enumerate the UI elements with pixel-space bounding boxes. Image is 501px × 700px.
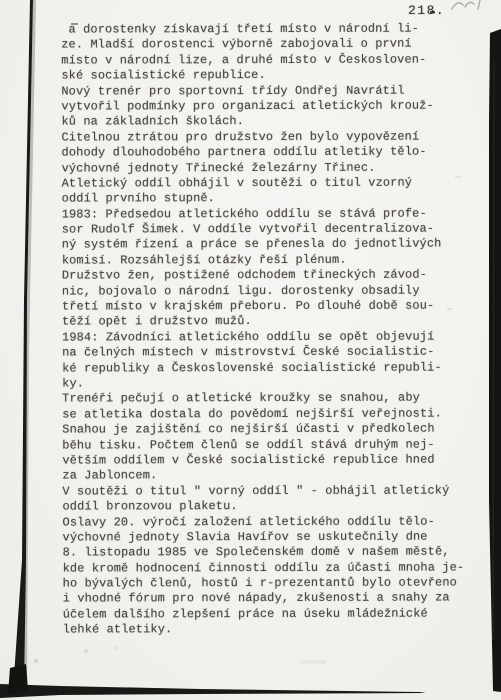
typed-line: ské socialistické republice. (61, 68, 471, 84)
typed-line: oddíl bronzovou plaketu. (62, 499, 472, 515)
typed-line: místo v národní lize, a druhé místo v Če… (61, 52, 471, 68)
typed-line: Družstvo žen, postižené odchodem třineck… (62, 268, 472, 284)
typed-line: běhu tisku. Počtem členů se oddíl stává … (62, 437, 472, 453)
typed-line: ho bývalých členů, hostů i r-prezentantů… (63, 576, 473, 592)
scan-bar-right-icon (489, 29, 501, 692)
typed-line: komisí. Rozsáhlejší otázky řeší plénum. (62, 252, 472, 268)
typed-line: Nový trenér pro sportovní třídy Ondřej N… (61, 83, 471, 99)
typed-line: kde kromě hodnocení činnosti oddílu za ú… (63, 560, 473, 576)
pen-mark-icon (452, 0, 480, 9)
typed-line: těží opět i družstvo mužů. (62, 314, 472, 330)
scan-line-left-halo-icon (24, 0, 36, 690)
typed-line: i vhodné fórum pro nové nápady, zkušenos… (63, 591, 473, 607)
typed-line: nic, bojovalo o národní ligu. dorostenky… (62, 283, 472, 299)
typed-line: ný systém řízení a práce se přenesla do … (62, 237, 472, 253)
typed-line: Trenéři pečují o atletické kroužky se sn… (62, 391, 472, 407)
typed-line: se atletika dostala do povědomí nejširší… (62, 406, 472, 422)
typed-line: sor Rudolf Šimek. V oddíle vytvořil dece… (62, 222, 472, 238)
typed-line: účelem dalšího zlepšení práce na úseku m… (63, 606, 473, 622)
scan-bar-right-streak-icon (493, 60, 494, 640)
typed-line: 1983: Předsedou atletického oddílu se st… (62, 206, 472, 222)
typed-line: Snahou je zajištění co nejširší účasti v… (62, 422, 472, 438)
typed-line: větším oddílem v České socialistické rep… (62, 452, 472, 468)
typed-line: Citelnou ztrátou pro družstvo žen bylo v… (61, 129, 471, 145)
typed-line: na čelných místech v mistrovství České s… (62, 345, 472, 361)
typed-line: a dorostenky získavají třetí místo v nár… (61, 21, 471, 37)
typed-line: ků na základních školách. (61, 114, 471, 130)
typed-line: 1984: Závodníci atletického oddílu se op… (62, 329, 472, 345)
scan-line-left-icon (13, 0, 33, 691)
scanned-page: 218. a dorostenky získavají třetí místo … (0, 0, 501, 700)
typed-line: ké republiky a Československé socialisti… (62, 360, 472, 376)
scan-corner-blob-icon (8, 664, 28, 694)
typed-line: V soutěži o titul " vorný oddíl " - obhá… (62, 483, 472, 499)
typed-text-block: a dorostenky získavají třetí místo v nár… (61, 21, 473, 638)
typed-line: třetí místo v krajském přeboru. Po dlouh… (62, 298, 472, 314)
typed-line: dohody dlouhodobého partnera oddílu atle… (62, 145, 472, 161)
typed-line: výchovné jednoty Třinecké železárny Třin… (62, 160, 472, 176)
typed-line: vytvořil podmínky pro organizaci atletic… (61, 98, 471, 114)
typed-line: Atletický oddíl obhájil v soutěži o titu… (62, 175, 472, 191)
typed-line: ky. (62, 375, 472, 391)
typed-line: oddíl prvního stupně. (62, 191, 472, 207)
typed-line: za Jabloncem. (62, 468, 472, 484)
typed-line: lehké atletiky. (63, 622, 473, 638)
typed-line: ze. Mladší dorostenci výborně zabojovali… (61, 37, 471, 53)
page-number: 218. (408, 3, 445, 18)
scan-shadow-bottom-icon (0, 684, 426, 698)
typed-line: výchovné jednoty Slavia Havířov se uskut… (63, 529, 473, 545)
typed-line: Oslavy 20. výročí založení atletického o… (62, 514, 472, 530)
typed-line: 8. listopadu 1985 ve Společenském domě v… (63, 545, 473, 561)
